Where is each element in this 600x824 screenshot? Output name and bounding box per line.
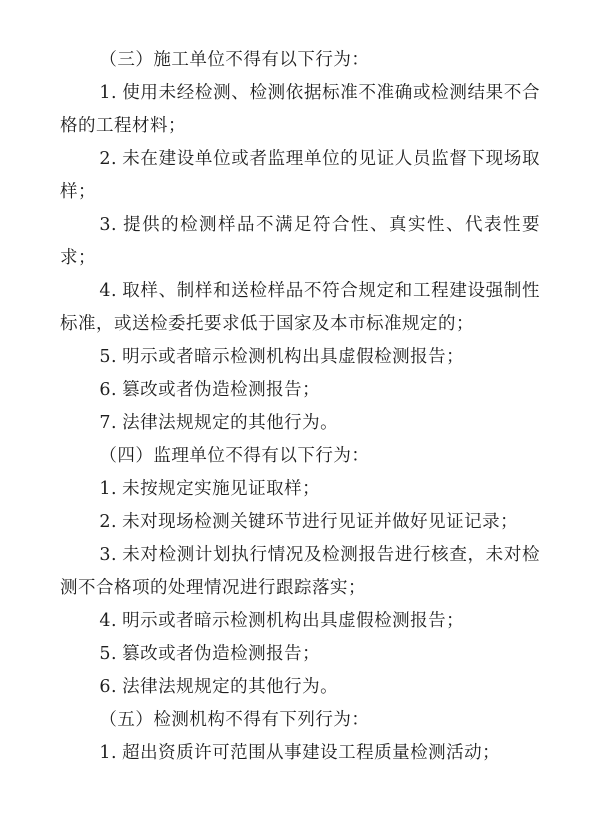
list-item: 2.未在建设单位或者监理单位的见证人员监督下现场取样； xyxy=(60,143,540,209)
list-item: 2.未对现场检测关键环节进行见证并做好见证记录； xyxy=(60,506,540,539)
item-number: 4. xyxy=(99,281,122,301)
item-number: 3. xyxy=(99,215,122,235)
item-number: 1. xyxy=(99,83,122,103)
list-item: 3.提供的检测样品不满足符合性、真实性、代表性要求； xyxy=(60,209,540,275)
section-heading: （四）监理单位不得有以下行为： xyxy=(60,440,540,473)
item-number: 1. xyxy=(99,743,122,763)
list-item: 6.篡改或者伪造检测报告； xyxy=(60,374,540,407)
section-heading: （三）施工单位不得有以下行为： xyxy=(60,44,540,77)
item-number: 6. xyxy=(99,380,122,400)
item-number: 5. xyxy=(99,644,122,664)
item-text: 篡改或者伪造检测报告； xyxy=(122,644,320,664)
list-item: 1.未按规定实施见证取样； xyxy=(60,473,540,506)
item-number: 2. xyxy=(99,149,122,169)
item-text: 明示或者暗示检测机构出具虚假检测报告； xyxy=(122,611,464,631)
item-number: 5. xyxy=(99,347,122,367)
item-text: 法律法规规定的其他行为。 xyxy=(122,413,338,433)
item-text: 使用未经检测、检测依据标准不准确或检测结果不合格的工程材料； xyxy=(60,83,540,136)
item-text: 明示或者暗示检测机构出具虚假检测报告； xyxy=(122,347,464,367)
item-text: 未在建设单位或者监理单位的见证人员监督下现场取样； xyxy=(60,149,540,202)
item-number: 4. xyxy=(99,611,122,631)
item-text: 篡改或者伪造检测报告； xyxy=(122,380,320,400)
item-text: 超出资质许可范围从事建设工程质量检测活动； xyxy=(122,743,500,763)
item-text: 法律法规规定的其他行为。 xyxy=(122,677,338,697)
list-item: 7.法律法规规定的其他行为。 xyxy=(60,407,540,440)
item-text: 未对现场检测关键环节进行见证并做好见证记录； xyxy=(122,512,518,532)
section-heading: （五）检测机构不得有下列行为： xyxy=(60,704,540,737)
list-item: 4.取样、制样和送检样品不符合规定和工程建设强制性标准，或送检委托要求低于国家及… xyxy=(60,275,540,341)
list-item: 3.未对检测计划执行情况及检测报告进行核查，未对检测不合格项的处理情况进行跟踪落… xyxy=(60,539,540,605)
document-page: （三）施工单位不得有以下行为： 1.使用未经检测、检测依据标准不准确或检测结果不… xyxy=(0,0,600,824)
item-text: 未按规定实施见证取样； xyxy=(122,479,320,499)
list-item: 1.使用未经检测、检测依据标准不准确或检测结果不合格的工程材料； xyxy=(60,77,540,143)
list-item: 4.明示或者暗示检测机构出具虚假检测报告； xyxy=(60,605,540,638)
item-number: 7. xyxy=(99,413,122,433)
item-text: 提供的检测样品不满足符合性、真实性、代表性要求； xyxy=(60,215,540,268)
item-number: 1. xyxy=(99,479,122,499)
section-testing-institutions: （五）检测机构不得有下列行为： 1.超出资质许可范围从事建设工程质量检测活动； xyxy=(60,704,540,770)
list-item: 6.法律法规规定的其他行为。 xyxy=(60,671,540,704)
section-supervision-units: （四）监理单位不得有以下行为： 1.未按规定实施见证取样； 2.未对现场检测关键… xyxy=(60,440,540,704)
list-item: 5.明示或者暗示检测机构出具虚假检测报告； xyxy=(60,341,540,374)
section-construction-units: （三）施工单位不得有以下行为： 1.使用未经检测、检测依据标准不准确或检测结果不… xyxy=(60,44,540,440)
item-text: 取样、制样和送检样品不符合规定和工程建设强制性标准，或送检委托要求低于国家及本市… xyxy=(60,281,540,334)
item-number: 3. xyxy=(99,545,122,565)
list-item: 1.超出资质许可范围从事建设工程质量检测活动； xyxy=(60,737,540,770)
item-number: 2. xyxy=(99,512,122,532)
item-text: 未对检测计划执行情况及检测报告进行核查，未对检测不合格项的处理情况进行跟踪落实； xyxy=(60,545,540,598)
list-item: 5.篡改或者伪造检测报告； xyxy=(60,638,540,671)
item-number: 6. xyxy=(99,677,122,697)
